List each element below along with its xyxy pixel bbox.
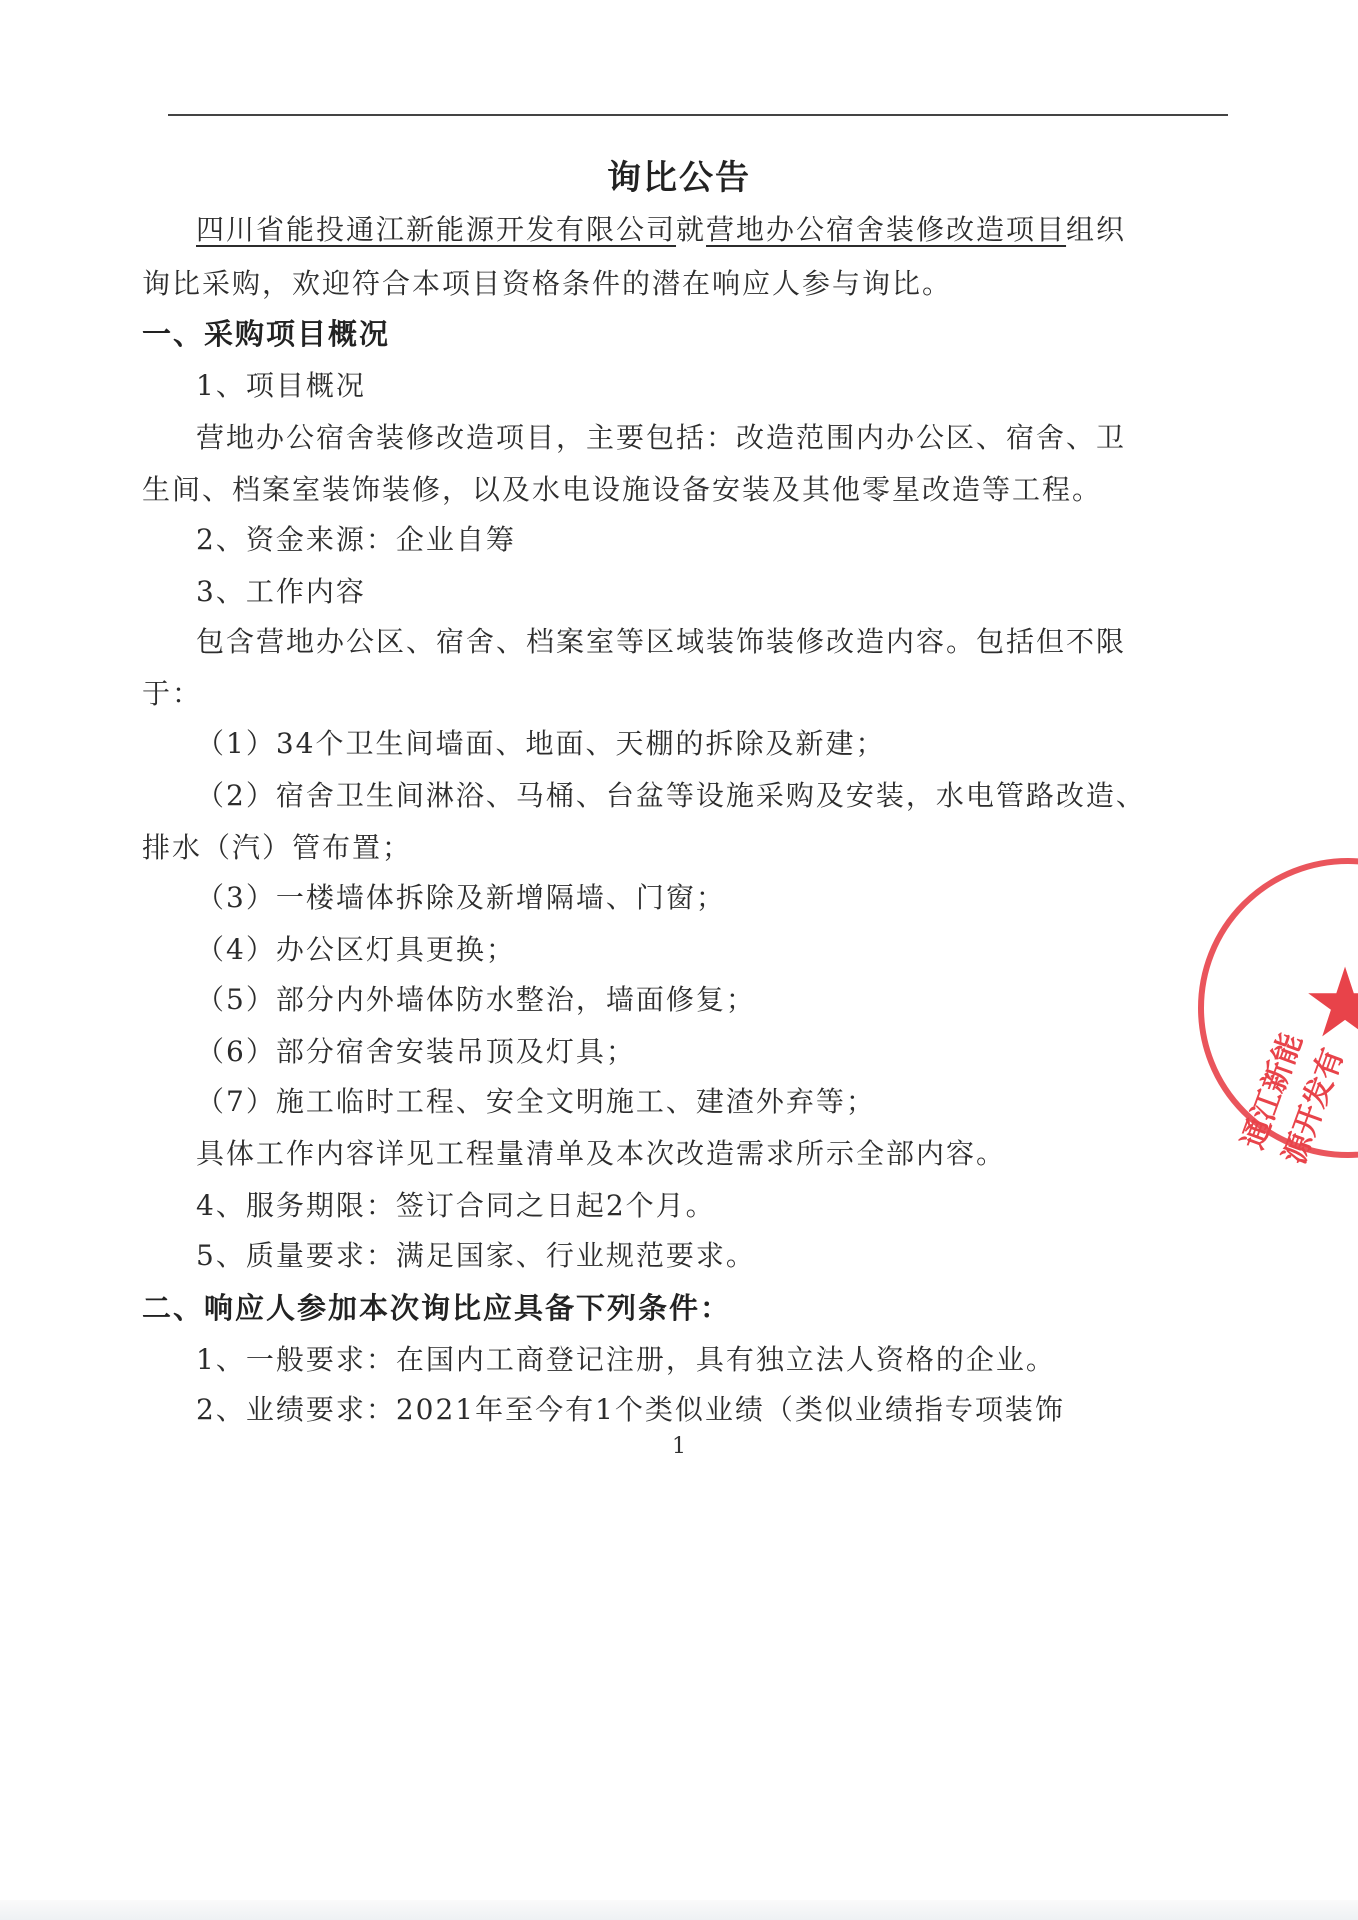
work-item-3: （3）一楼墙体拆除及新增隔墙、门窗； <box>196 878 726 918</box>
item5-quality: 5、质量要求：满足国家、行业规范要求。 <box>196 1236 756 1276</box>
intro-line-1: 四川省能投通江新能源开发有限公司就营地办公宿舍装修改造项目组织 <box>196 210 1126 250</box>
intro-connector: 就 <box>676 213 706 246</box>
work-item-1: （1）34个卫生间墙面、地面、天棚的拆除及新建； <box>196 724 885 764</box>
intro-line-2: 询比采购，欢迎符合本项目资格条件的潜在响应人参与询比。 <box>142 264 952 304</box>
item2-funding: 2、资金来源：企业自筹 <box>196 520 516 560</box>
section1-heading: 一、采购项目概况 <box>142 314 390 354</box>
work-item-4: （4）办公区灯具更换； <box>196 930 516 970</box>
project-name: 营地办公宿舍装修改造项目 <box>706 213 1066 246</box>
company-name: 四川省能投通江新能源开发有限公司 <box>196 213 676 246</box>
item3-title: 3、工作内容 <box>196 572 366 612</box>
document-title: 询比公告 <box>0 150 1358 199</box>
top-rule <box>168 114 1228 116</box>
item3-body-line1: 包含营地办公区、宿舍、档案室等区域装饰装修改造内容。包括但不限 <box>196 622 1126 662</box>
work-item-5: （5）部分内外墙体防水整治，墙面修复； <box>196 980 756 1020</box>
work-item-2-cont: 排水（汽）管布置； <box>142 828 412 868</box>
work-note: 具体工作内容详见工程量清单及本次改造需求所示全部内容。 <box>196 1134 1006 1174</box>
req1-general: 1、一般要求：在国内工商登记注册，具有独立法人资格的企业。 <box>196 1340 1056 1380</box>
work-item-6: （6）部分宿舍安装吊顶及灯具； <box>196 1032 636 1072</box>
scan-edge <box>0 1900 1358 1920</box>
page-number: 1 <box>0 1434 1358 1459</box>
item1-body-line1: 营地办公宿舍装修改造项目，主要包括：改造范围内办公区、宿舍、卫 <box>196 418 1126 458</box>
work-item-7: （7）施工临时工程、安全文明施工、建渣外弃等； <box>196 1082 876 1122</box>
item3-body-line2: 于： <box>142 674 202 714</box>
work-item-2: （2）宿舍卫生间淋浴、马桶、台盆等设施采购及安装，水电管路改造、 <box>196 776 1146 816</box>
item1-title: 1、项目概况 <box>196 366 366 406</box>
req2-performance: 2、业绩要求：2021年至今有1个类似业绩（类似业绩指专项装饰 <box>196 1390 1065 1430</box>
intro-tail: 组织 <box>1066 213 1126 246</box>
item1-body-line2: 生间、档案室装饰装修，以及水电设施设备安装及其他零星改造等工程。 <box>142 470 1102 510</box>
section2-heading: 二、响应人参加本次询比应具备下列条件： <box>142 1288 731 1328</box>
item4-service-period: 4、服务期限：签订合同之日起2个月。 <box>196 1186 716 1226</box>
